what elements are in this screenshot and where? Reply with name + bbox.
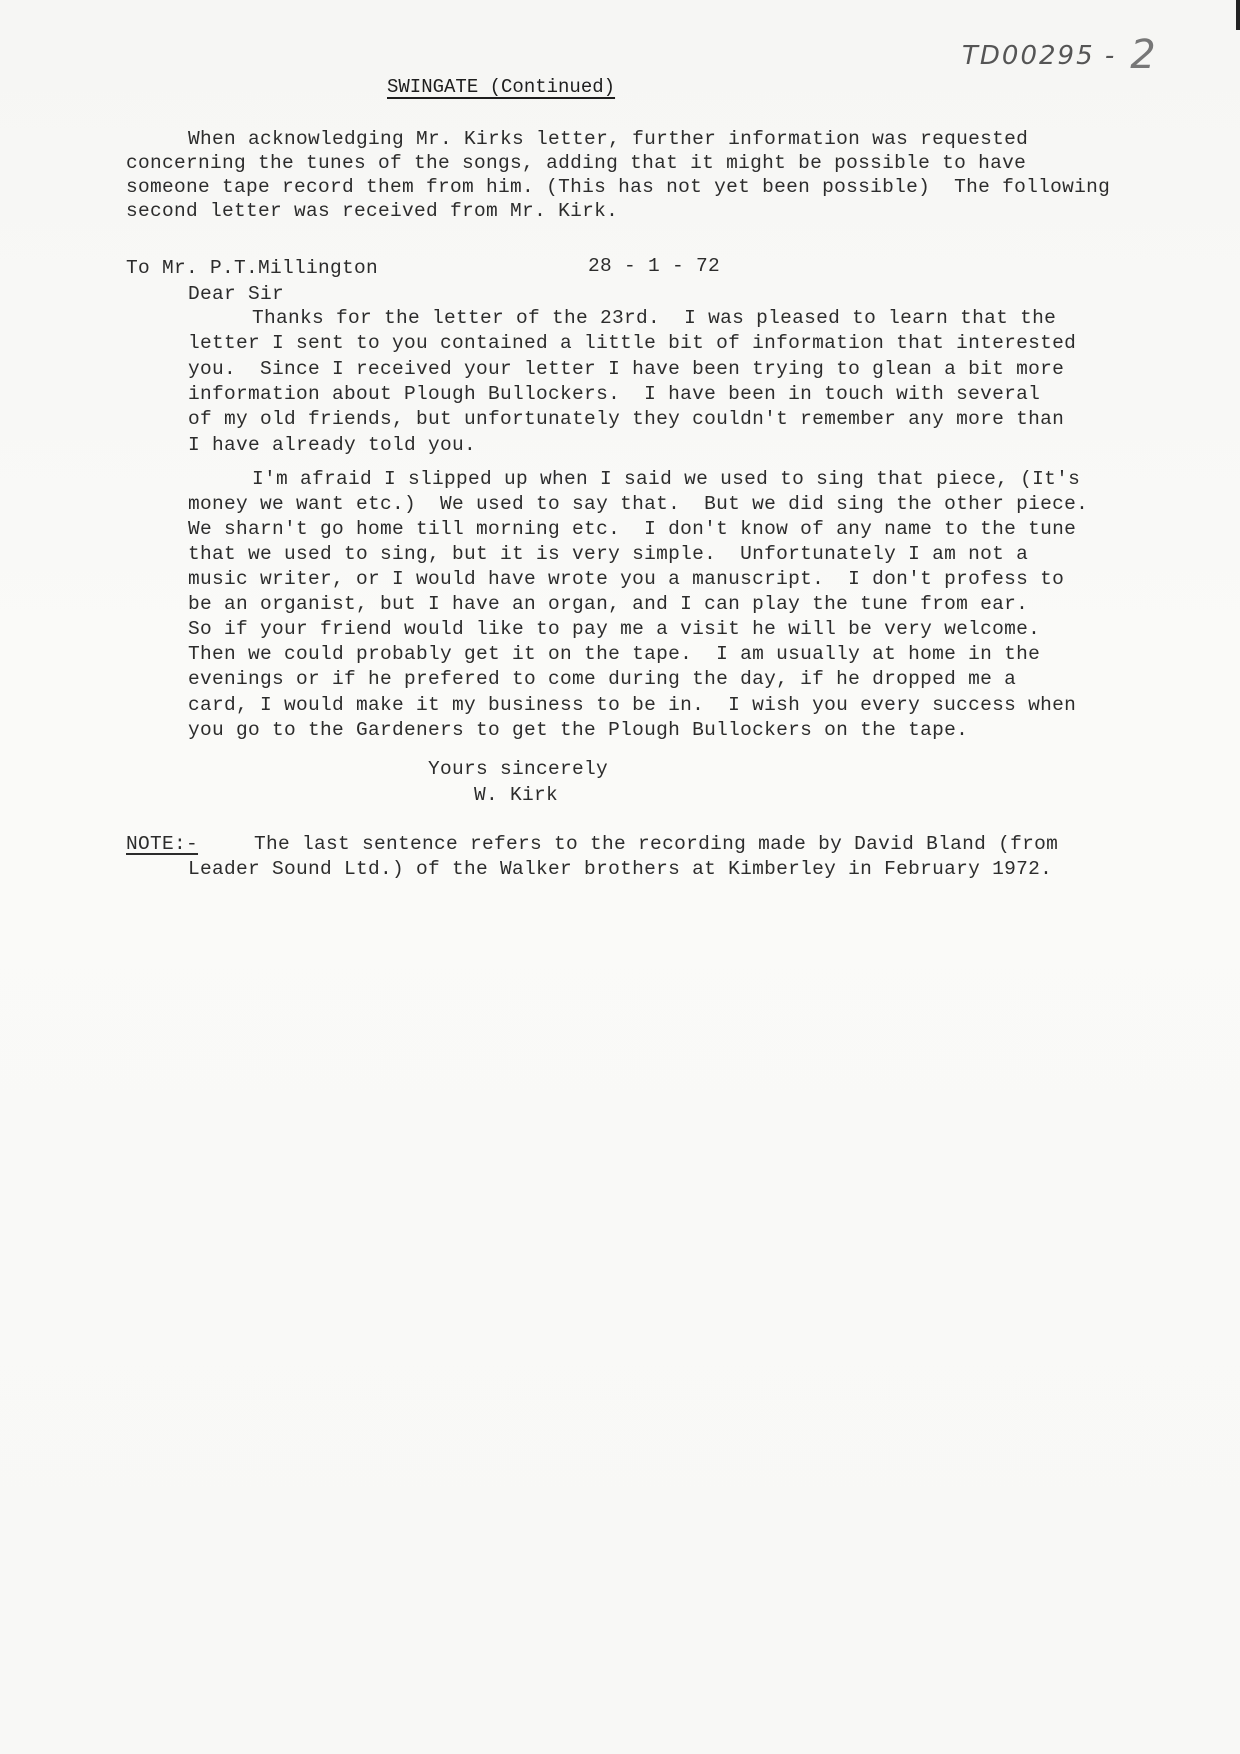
letter-paragraph-line: I have already told you. xyxy=(188,434,476,456)
intro-line: second letter was received from Mr. Kirk… xyxy=(126,200,618,222)
letter-paragraph-line: music writer, or I would have wrote you … xyxy=(188,568,1064,590)
letter-paragraph-line: I'm afraid I slipped up when I said we u… xyxy=(252,468,1080,490)
letter-addressee: To Mr. P.T.Millington xyxy=(126,257,378,279)
letter-date: 28 - 1 - 72 xyxy=(588,255,720,277)
letter-paragraph-line: money we want etc.) We used to say that.… xyxy=(188,493,1088,515)
intro-line: When acknowledging Mr. Kirks letter, fur… xyxy=(188,128,1028,150)
archive-reference: TD00295 -2 xyxy=(962,28,1158,74)
letter-paragraph-line: you. Since I received your letter I have… xyxy=(188,358,1064,380)
note-line: The last sentence refers to the recordin… xyxy=(254,833,1058,855)
letter-paragraph-line: Then we could probably get it on the tap… xyxy=(188,643,1040,665)
letter-paragraph-line: Thanks for the letter of the 23rd. I was… xyxy=(252,307,1056,329)
page-heading: SWINGATE (Continued) xyxy=(387,76,615,98)
letter-paragraph-line: So if your friend would like to pay me a… xyxy=(188,618,1040,640)
note-label: NOTE:- xyxy=(126,833,198,855)
archive-ref-code: TD00295 - xyxy=(962,41,1116,71)
letter-paragraph-line: We sharn't go home till morning etc. I d… xyxy=(188,518,1076,540)
document-page: TD00295 -2 SWINGATE (Continued) When ack… xyxy=(0,0,1240,1754)
letter-paragraph-line: card, I would make it my business to be … xyxy=(188,694,1076,716)
letter-paragraph-line: letter I sent to you contained a little … xyxy=(188,332,1076,354)
letter-paragraph-line: of my old friends, but unfortunately the… xyxy=(188,408,1064,430)
scan-edge xyxy=(1236,0,1240,30)
letter-paragraph-line: evenings or if he prefered to come durin… xyxy=(188,668,1016,690)
page-number: 2 xyxy=(1130,32,1157,78)
letter-signature: W. Kirk xyxy=(474,784,558,806)
letter-paragraph-line: you go to the Gardeners to get the Ploug… xyxy=(188,719,968,741)
note-line: Leader Sound Ltd.) of the Walker brother… xyxy=(188,858,1052,880)
intro-line: someone tape record them from him. (This… xyxy=(126,176,1110,198)
letter-paragraph-line: information about Plough Bullockers. I h… xyxy=(188,383,1040,405)
letter-paragraph-line: that we used to sing, but it is very sim… xyxy=(188,543,1028,565)
letter-salutation: Dear Sir xyxy=(188,283,284,305)
letter-closing: Yours sincerely xyxy=(428,758,608,780)
letter-paragraph-line: be an organist, but I have an organ, and… xyxy=(188,593,1028,615)
intro-line: concerning the tunes of the songs, addin… xyxy=(126,152,1026,174)
